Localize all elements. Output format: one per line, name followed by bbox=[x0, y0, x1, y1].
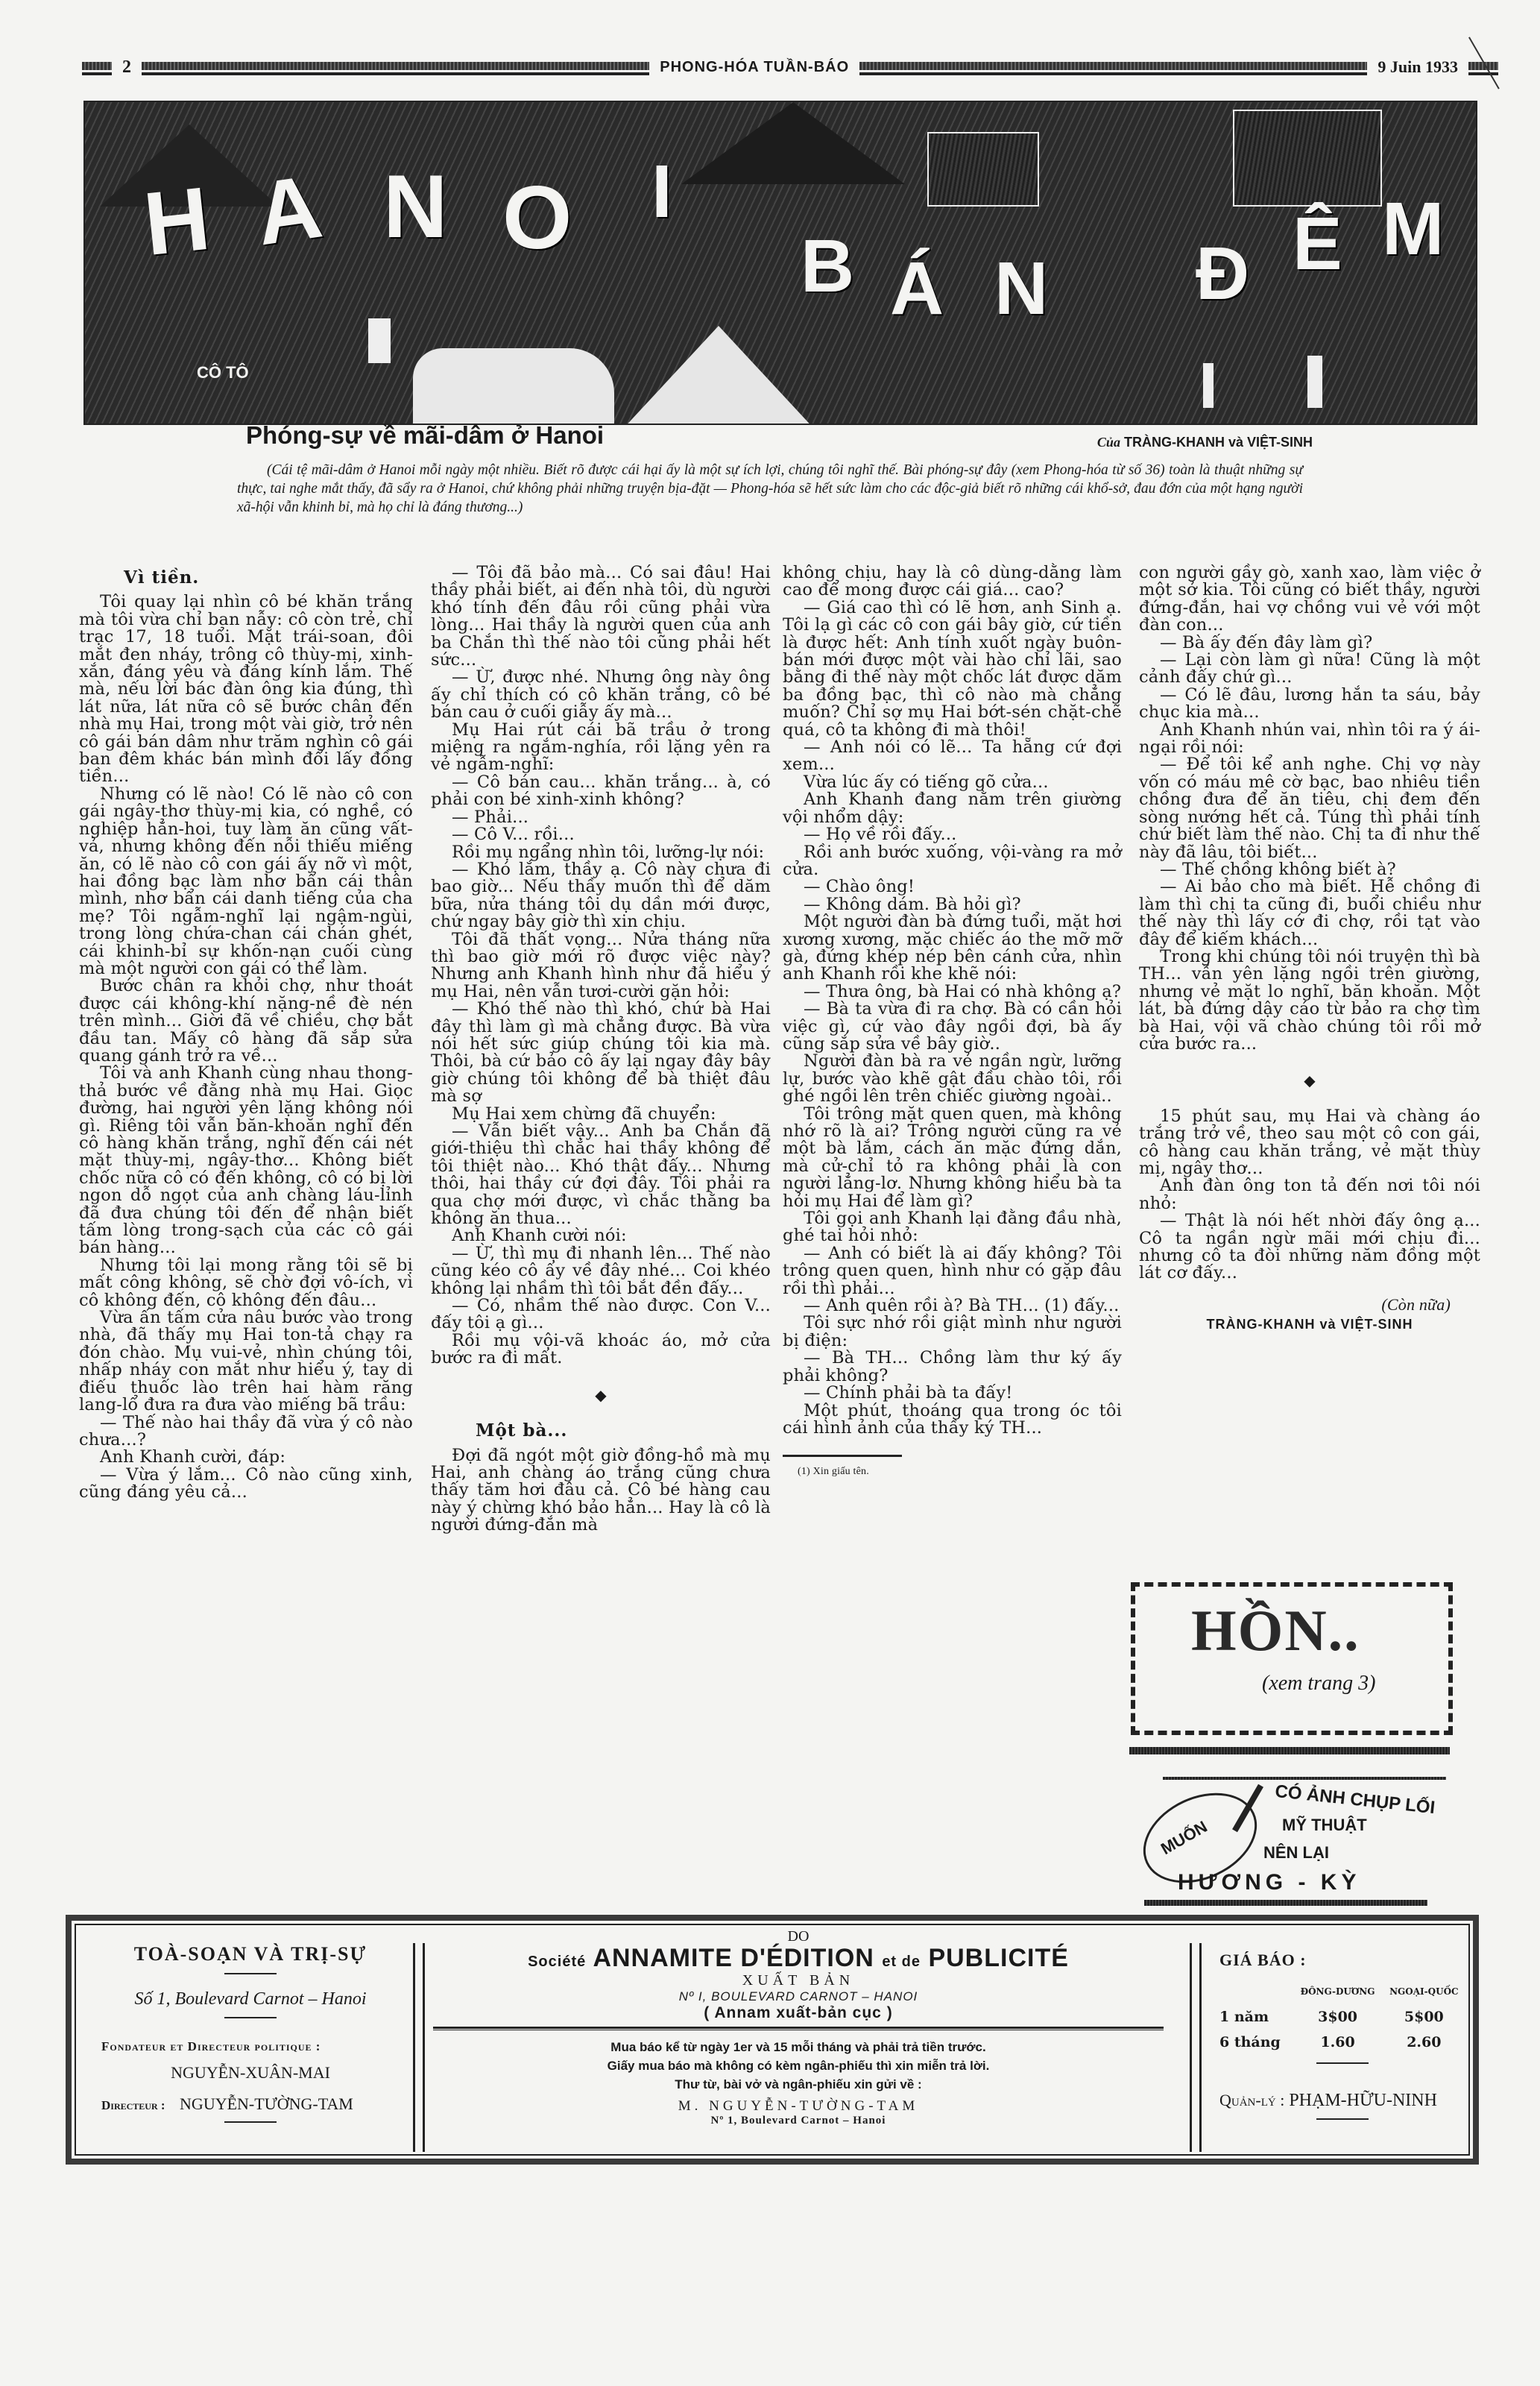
paragraph: — Ừ, thì mụ đi nhanh lên... Thế nào cũng… bbox=[431, 1245, 771, 1297]
hon-advertisement[interactable]: HỒN.. (xem trang 3) bbox=[1131, 1582, 1453, 1735]
mail-address: Nº 1, Boulevard Carnot – Hanoi bbox=[433, 2115, 1164, 2127]
column-separator bbox=[413, 1943, 425, 2152]
article-column-3: không chịu, hay là cô dùng-dằng làm cao … bbox=[783, 564, 1122, 1481]
price-foreign: 5$00 bbox=[1383, 2004, 1465, 2030]
page-number: 2 bbox=[122, 57, 131, 78]
office-address: Số 1, Boulevard Carnot – Hanoi bbox=[94, 1989, 407, 2009]
paragraph: — Tôi đã bảo mà... Có sai đâu! Hai thầy … bbox=[431, 564, 771, 669]
price-domestic: 1.60 bbox=[1293, 2030, 1382, 2055]
paragraph: — Bà ta vừa đi ra chợ. Bà có cần hỏi việ… bbox=[783, 1001, 1122, 1053]
publisher-name-part: PUBLICITÉ bbox=[928, 1944, 1068, 1972]
founder-label: Fondateur et Directeur politique : bbox=[94, 2039, 407, 2054]
article-title: Phóng-sự về mãi-dâm ở Hanoi bbox=[246, 421, 604, 450]
article-column-1: Vì tiền. Tôi quay lại nhìn cô bé khăn tr… bbox=[79, 564, 413, 1502]
article-byline: Của TRÀNG-KHANH và VIỆT-SINH bbox=[1097, 435, 1313, 450]
footnote-divider bbox=[783, 1455, 902, 1457]
publisher-vn-name: ( Annam xuất-bản cục ) bbox=[433, 2004, 1164, 2022]
publisher-address: Nº I, BOULEVARD CARNOT – HANOI bbox=[433, 1989, 1164, 2004]
subscription-note-1: Mua báo kể từ ngày 1er và 15 mỗi tháng v… bbox=[433, 2038, 1164, 2056]
paragraph: Một người đàn bà đứng tuổi, mặt hơi xươn… bbox=[783, 913, 1122, 983]
paragraph: Bước chân ra khỏi chợ, như thoát được cá… bbox=[79, 978, 413, 1065]
road-path bbox=[622, 326, 815, 425]
paragraph: — Phải... bbox=[431, 809, 771, 826]
mail-recipient: M. NGUYỄN-TƯỜNG-TAM bbox=[433, 2098, 1164, 2115]
price-foreign: 2.60 bbox=[1383, 2030, 1465, 2055]
huong-ky-advertisement[interactable]: MUỐN CÓ ẢNH CHỤP LỐI MỸ THUẬT NÊN LẠI HƯ… bbox=[1133, 1775, 1454, 1905]
paragraph: — Thưa ông, bà Hai có nhà không ạ? bbox=[783, 983, 1122, 1001]
paragraph: — Ai bảo cho mà biết. Hễ chồng đi làm th… bbox=[1139, 878, 1480, 948]
paragraph: Mụ Hai xem chừng đã chuyển: bbox=[431, 1106, 771, 1123]
publisher-name: Société ANNAMITE D'ÉDITION et de PUBLICI… bbox=[433, 1945, 1164, 1972]
publisher-name-part: Société bbox=[528, 1954, 586, 1970]
masthead-rule bbox=[142, 62, 649, 72]
director-label: Directeur : bbox=[101, 2098, 165, 2112]
price-term: 6 tháng bbox=[1219, 2030, 1293, 2055]
issue-date: 9 Juin 1933 bbox=[1378, 57, 1458, 77]
manager-line: Quản-lý : PHẠM-HỮU-NINH bbox=[1219, 2091, 1465, 2111]
paragraph: — Anh quên rồi à? Bà TH... (1) đấy... bbox=[783, 1297, 1122, 1315]
paragraph: không chịu, hay là cô dùng-dằng làm cao … bbox=[783, 564, 1122, 599]
paragraph: — Ừ, được nhé. Nhưng ông này ông ấy chỉ … bbox=[431, 669, 771, 721]
director-line: Directeur : NGUYỄN-TƯỜNG-TAM bbox=[94, 2094, 407, 2114]
divider bbox=[224, 2121, 277, 2123]
paragraph: Anh Khanh cười, đáp: bbox=[79, 1449, 413, 1466]
paragraph: — Họ về rồi đấy... bbox=[783, 826, 1122, 843]
divider bbox=[1316, 2118, 1369, 2120]
price-row: 6 tháng 1.60 2.60 bbox=[1219, 2030, 1465, 2055]
ad-line-1: CÓ ẢNH CHỤP LỐI bbox=[1274, 1781, 1436, 1819]
article-signature: TRÀNG-KHANH và VIỆT-SINH bbox=[1139, 1316, 1480, 1333]
office-heading: TOÀ-SOẠN VÀ TRỊ-SỰ bbox=[94, 1943, 407, 1965]
banner-letter: Á bbox=[890, 251, 944, 326]
paragraph: — Thật là nói hết nhời đấy ông ạ... Cô t… bbox=[1139, 1212, 1480, 1282]
paragraph: — Anh nói có lẽ... Ta hẵng cứ đợi xem... bbox=[783, 739, 1122, 774]
paragraph: Anh Khanh cười nói: bbox=[431, 1227, 771, 1244]
paragraph: — Lại còn làm gì nữa! Cũng là một cảnh đ… bbox=[1139, 652, 1480, 687]
continued-note: (Còn nữa) bbox=[1139, 1296, 1480, 1313]
publisher-info: DO Société ANNAMITE D'ÉDITION et de PUBL… bbox=[433, 1928, 1164, 2127]
price-col-header: ĐÔNG-DƯƠNG bbox=[1293, 1986, 1382, 2004]
banner-letter: A bbox=[250, 162, 327, 259]
price-heading: GIÁ BÁO : bbox=[1219, 1951, 1465, 1970]
paragraph: Tôi sực nhớ rồi giật mình như người bị đ… bbox=[783, 1315, 1122, 1350]
paragraph: Vừa lúc ấy có tiếng gõ cửa... bbox=[783, 774, 1122, 791]
paragraph: Anh Khanh đang nằm trên giường vội nhổm … bbox=[783, 791, 1122, 826]
bridge-shape bbox=[1233, 110, 1382, 207]
paragraph: Tôi đã thất vọng... Nửa tháng nữa thì ba… bbox=[431, 931, 771, 1001]
director-name: NGUYỄN-TƯỜNG-TAM bbox=[180, 2094, 353, 2113]
paragraph: Mụ Hai rút cái bã trầu ở trong miệng ra … bbox=[431, 722, 771, 774]
paragraph: — Cô V... rồi... bbox=[431, 826, 771, 843]
paragraph: — Để tôi kể anh nghe. Chị vợ này vốn có … bbox=[1139, 756, 1480, 860]
manager-label: Quản-lý : bbox=[1219, 2091, 1284, 2109]
footnote: (1) Xin giấu tên. bbox=[798, 1463, 1122, 1480]
paragraph: — Có, nhầm thế nào được. Con V... đấy tô… bbox=[431, 1297, 771, 1332]
paragraph: Một phút, thoáng qua trong óc tôi cái hì… bbox=[783, 1403, 1122, 1438]
banner-letter: M bbox=[1382, 192, 1444, 266]
column-separator bbox=[1190, 1943, 1202, 2152]
ad-line-3: NÊN LẠI bbox=[1263, 1843, 1329, 1863]
price-domestic: 3$00 bbox=[1293, 2004, 1382, 2030]
article-column-2: — Tôi đã bảo mà... Có sai đâu! Hai thầy … bbox=[431, 564, 771, 1534]
paragraph: Đợi đã ngót một giờ đồng-hồ mà mụ Hai, a… bbox=[431, 1447, 771, 1534]
paragraph: 15 phút sau, mụ Hai và chàng áo trắng tr… bbox=[1139, 1108, 1480, 1178]
paragraph: Anh Khanh nhún vai, nhìn tôi ra ý ái-ngạ… bbox=[1139, 722, 1480, 757]
paragraph: — Vừa ý lắm... Cô nào cũng xinh, cũng đá… bbox=[79, 1467, 413, 1502]
banner-letter: O bbox=[502, 173, 572, 262]
price-term: 1 năm bbox=[1219, 2004, 1293, 2030]
paragraph: Anh đàn ông ton tả đến nơi tôi nói nhỏ: bbox=[1139, 1177, 1480, 1212]
ad-divider bbox=[1129, 1747, 1450, 1754]
banner-letter: H bbox=[140, 174, 214, 269]
paragraph: Rồi mụ ngẩng nhìn tôi, lưỡng-lự nói: bbox=[431, 844, 771, 861]
divider bbox=[224, 1973, 277, 1974]
subscription-prices: GIÁ BÁO : ĐÔNG-DƯƠNG NGOẠI-QUỐC 1 năm 3$… bbox=[1219, 1951, 1465, 2120]
price-table: ĐÔNG-DƯƠNG NGOẠI-QUỐC 1 năm 3$00 5$00 6 … bbox=[1219, 1986, 1465, 2055]
paragraph: Rồi mụ vội-vã khoác áo, mở cửa bước ra đ… bbox=[431, 1332, 771, 1367]
section-heading: Một bà... bbox=[476, 1422, 771, 1439]
publisher-name-part: ANNAMITE D'ÉDITION bbox=[593, 1944, 874, 1972]
paragraph: — Chính phải bà ta đấy! bbox=[783, 1385, 1122, 1402]
paragraph: — Bà ấy đến đây làm gì? bbox=[1139, 635, 1480, 652]
section-ornament-icon: ◆ bbox=[1139, 1072, 1480, 1089]
manager-name: PHẠM-HỮU-NINH bbox=[1289, 2091, 1437, 2110]
paragraph: — Giá cao thì có lẽ hơn, anh Sinh ạ. Tôi… bbox=[783, 599, 1122, 739]
paragraph: Rồi anh bước xuống, vội-vàng ra mở cửa. bbox=[783, 844, 1122, 879]
byline-authors: TRÀNG-KHANH và VIỆT-SINH bbox=[1124, 435, 1313, 450]
paragraph: — Vẫn biết vậy... Anh ba Chắn đã giới-th… bbox=[431, 1123, 771, 1227]
price-col-header bbox=[1219, 1986, 1293, 2004]
window-shape bbox=[368, 318, 391, 363]
ad-brand: HƯƠNG - KỲ bbox=[1178, 1870, 1360, 1895]
divider bbox=[433, 2027, 1164, 2030]
paragraph: Vừa ấn tấm cửa nâu bước vào trong nhà, đ… bbox=[79, 1309, 413, 1414]
paragraph: Trong khi chúng tôi nói truyện thì bà TH… bbox=[1139, 948, 1480, 1053]
subscription-note-2: Giấy mua báo mà không có kèm ngân-phiếu … bbox=[433, 2056, 1164, 2075]
paragraph: — Không dám. Bà hỏi gì? bbox=[783, 896, 1122, 913]
hon-title: HỒN.. bbox=[1191, 1602, 1433, 1660]
paragraph: — Có lẽ đâu, lương hắn ta sáu, bảy chục … bbox=[1139, 687, 1480, 722]
banner-letter: B bbox=[801, 229, 854, 303]
publisher-name-part: et de bbox=[882, 1954, 921, 1970]
paragraph: con người gầy gò, xanh xao, làm việc ở m… bbox=[1139, 564, 1480, 635]
paragraph: Tôi gọi anh Khanh lại đằng đầu nhà, ghé … bbox=[783, 1210, 1122, 1245]
paragraph: Tôi quay lại nhìn cô bé khăn trắng mà tô… bbox=[79, 594, 413, 785]
paragraph: — Bà TH... Chồng làm thư ký ấy phải khôn… bbox=[783, 1350, 1122, 1385]
masthead-rule bbox=[859, 62, 1367, 72]
banner-letter: N bbox=[994, 251, 1048, 326]
banner-letter: Đ bbox=[1196, 236, 1249, 311]
banner-woodcut: H A N O I B Á N Đ Ê M CÔ TÔ bbox=[83, 101, 1477, 425]
price-col-header: NGOẠI-QUỐC bbox=[1383, 1986, 1465, 2004]
publication-title: PHONG-HÓA TUẦN-BÁO bbox=[660, 59, 849, 76]
paragraph: Tôi và anh Khanh cùng nhau thong-thả bướ… bbox=[79, 1065, 413, 1256]
article-intro: (Cái tệ mãi-dâm ở Hanoi mỗi ngày một nhi… bbox=[237, 461, 1303, 517]
price-row: 1 năm 3$00 5$00 bbox=[1219, 2004, 1465, 2030]
lamp-post-shape bbox=[1307, 356, 1322, 408]
banner-letter: N bbox=[383, 162, 448, 251]
masthead: 2 PHONG-HÓA TUẦN-BÁO 9 Juin 1933 bbox=[82, 54, 1498, 81]
publisher-do: DO bbox=[433, 1928, 1164, 1945]
section-ornament-icon: ◆ bbox=[431, 1387, 771, 1404]
paragraph: — Chào ông! bbox=[783, 878, 1122, 895]
ad-line-2: MỸ THUẬT bbox=[1282, 1816, 1367, 1835]
paragraph: — Khó thế nào thì khó, chứ bà Hai đây th… bbox=[431, 1001, 771, 1105]
publication-info-box: TOÀ-SOẠN VÀ TRỊ-SỰ Số 1, Boulevard Carno… bbox=[66, 1915, 1479, 2165]
paragraph: — Thế nào hai thầy đã vừa ý cô nào chưa.… bbox=[79, 1414, 413, 1449]
section-heading: Vì tiền. bbox=[124, 569, 413, 586]
publisher-xuat-ban: XUẤT BẢN bbox=[433, 1972, 1164, 1989]
divider bbox=[224, 2017, 277, 2018]
article-column-4: con người gầy gò, xanh xao, làm việc ở m… bbox=[1139, 564, 1480, 1334]
artist-signature: CÔ TÔ bbox=[197, 363, 249, 383]
divider bbox=[1316, 2062, 1369, 2064]
building-shape bbox=[927, 132, 1039, 207]
editorial-office: TOÀ-SOẠN VÀ TRỊ-SỰ Số 1, Boulevard Carno… bbox=[94, 1943, 407, 2123]
paragraph: Người đàn bà ra vẻ ngần ngừ, lưỡng lự, b… bbox=[783, 1053, 1122, 1105]
masthead-rule-left bbox=[82, 62, 112, 72]
paragraph: — Thế chồng không biết à? bbox=[1139, 861, 1480, 878]
founder-name: NGUYỄN-XUÂN-MAI bbox=[94, 2063, 407, 2083]
paragraph: Nhưng tôi lại mong rằng tôi sẽ bị mất cô… bbox=[79, 1257, 413, 1309]
lamp-post-shape bbox=[1203, 363, 1214, 408]
paragraph: — Anh có biết là ai đấy không? Tôi trông… bbox=[783, 1245, 1122, 1297]
hon-see-page[interactable]: (xem trang 3) bbox=[1262, 1672, 1433, 1696]
paragraph: Nhưng có lẽ nào! Có lẽ nào cô con gái ng… bbox=[79, 786, 413, 978]
banner-letter: I bbox=[651, 154, 672, 229]
ad-divider bbox=[1144, 1900, 1427, 1906]
paragraph: Tôi trông mặt quen quen, mà không nhớ rõ… bbox=[783, 1106, 1122, 1210]
snowy-ground bbox=[413, 348, 614, 425]
mail-instruction: Thư từ, bài vở và ngân-phiếu xin gửi về … bbox=[433, 2075, 1164, 2094]
price-header-row: ĐÔNG-DƯƠNG NGOẠI-QUỐC bbox=[1219, 1986, 1465, 2004]
paragraph: — Cô bán cau... khăn trắng... à, có phải… bbox=[431, 774, 771, 809]
paragraph: — Khó lắm, thầy ạ. Cô này chưa đi bao gi… bbox=[431, 861, 771, 931]
byline-prefix: Của bbox=[1097, 435, 1120, 450]
roof-shape bbox=[681, 102, 905, 184]
banner-letter: Ê bbox=[1293, 207, 1342, 281]
